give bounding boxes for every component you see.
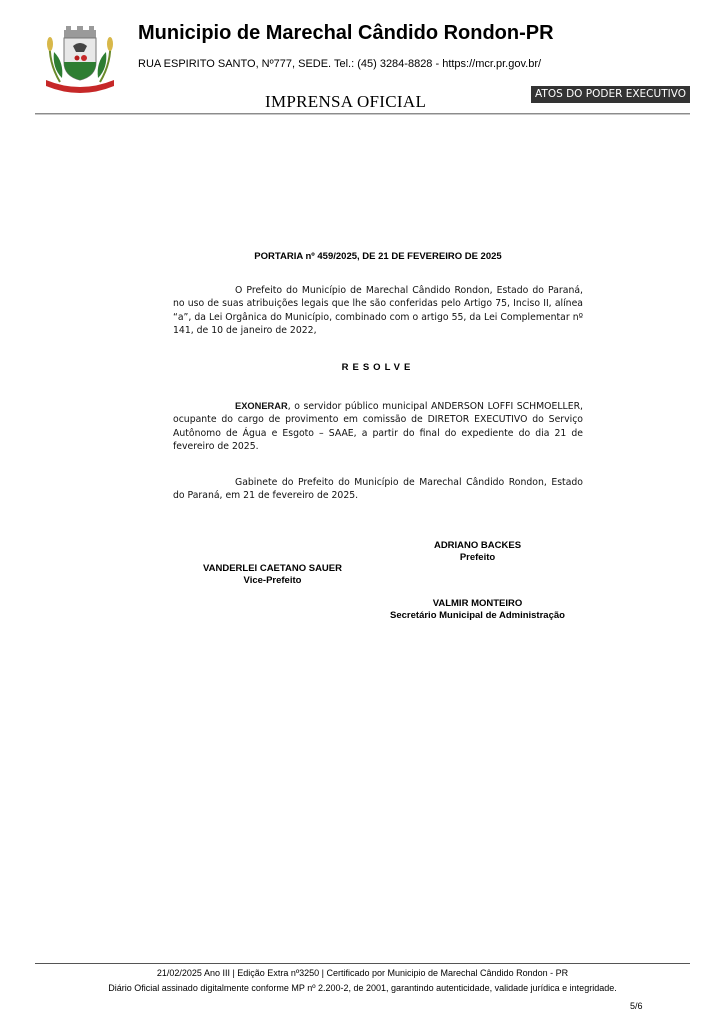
- section-badge: ATOS DO PODER EXECUTIVO: [531, 86, 690, 103]
- publication-name: IMPRENSA OFICIAL: [265, 92, 426, 112]
- signature-notice: Diário Oficial assinado digitalmente con…: [0, 983, 725, 993]
- municipality-title: Municipio de Marechal Cândido Rondon-PR: [138, 22, 554, 45]
- signatory-name: VALMIR MONTEIRO: [375, 598, 580, 610]
- action-keyword: EXONERAR: [235, 401, 288, 411]
- footer-divider: [35, 963, 690, 964]
- document-title: PORTARIA nº 459/2025, DE 21 DE FEVEREIRO…: [173, 251, 583, 262]
- municipality-address: RUA ESPIRITO SANTO, Nº777, SEDE. Tel.: (…: [138, 58, 541, 70]
- edition-info: 21/02/2025 Ano III | Edição Extra nº3250…: [0, 968, 725, 978]
- preamble-paragraph: O Prefeito do Município de Marechal Când…: [173, 284, 583, 338]
- signature-block: ADRIANO BACKES Prefeito: [400, 540, 555, 564]
- signatory-role: Prefeito: [400, 552, 555, 564]
- signatory-role: Secretário Municipal de Administração: [375, 610, 580, 622]
- resolve-heading: RESOLVE: [173, 362, 583, 373]
- page-number: 5/6: [630, 1001, 643, 1011]
- signature-block: VALMIR MONTEIRO Secretário Municipal de …: [375, 598, 580, 622]
- signatory-name: ADRIANO BACKES: [400, 540, 555, 552]
- municipal-crest-icon: [40, 22, 120, 96]
- action-paragraph: EXONERAR, o servidor público municipal A…: [173, 400, 583, 454]
- signatory-name: VANDERLEI CAETANO SAUER: [185, 563, 360, 575]
- signature-block: VANDERLEI CAETANO SAUER Vice-Prefeito: [185, 563, 360, 587]
- header-divider: [35, 113, 690, 115]
- closing-paragraph: Gabinete do Prefeito do Município de Mar…: [173, 476, 583, 503]
- signatory-role: Vice-Prefeito: [185, 575, 360, 587]
